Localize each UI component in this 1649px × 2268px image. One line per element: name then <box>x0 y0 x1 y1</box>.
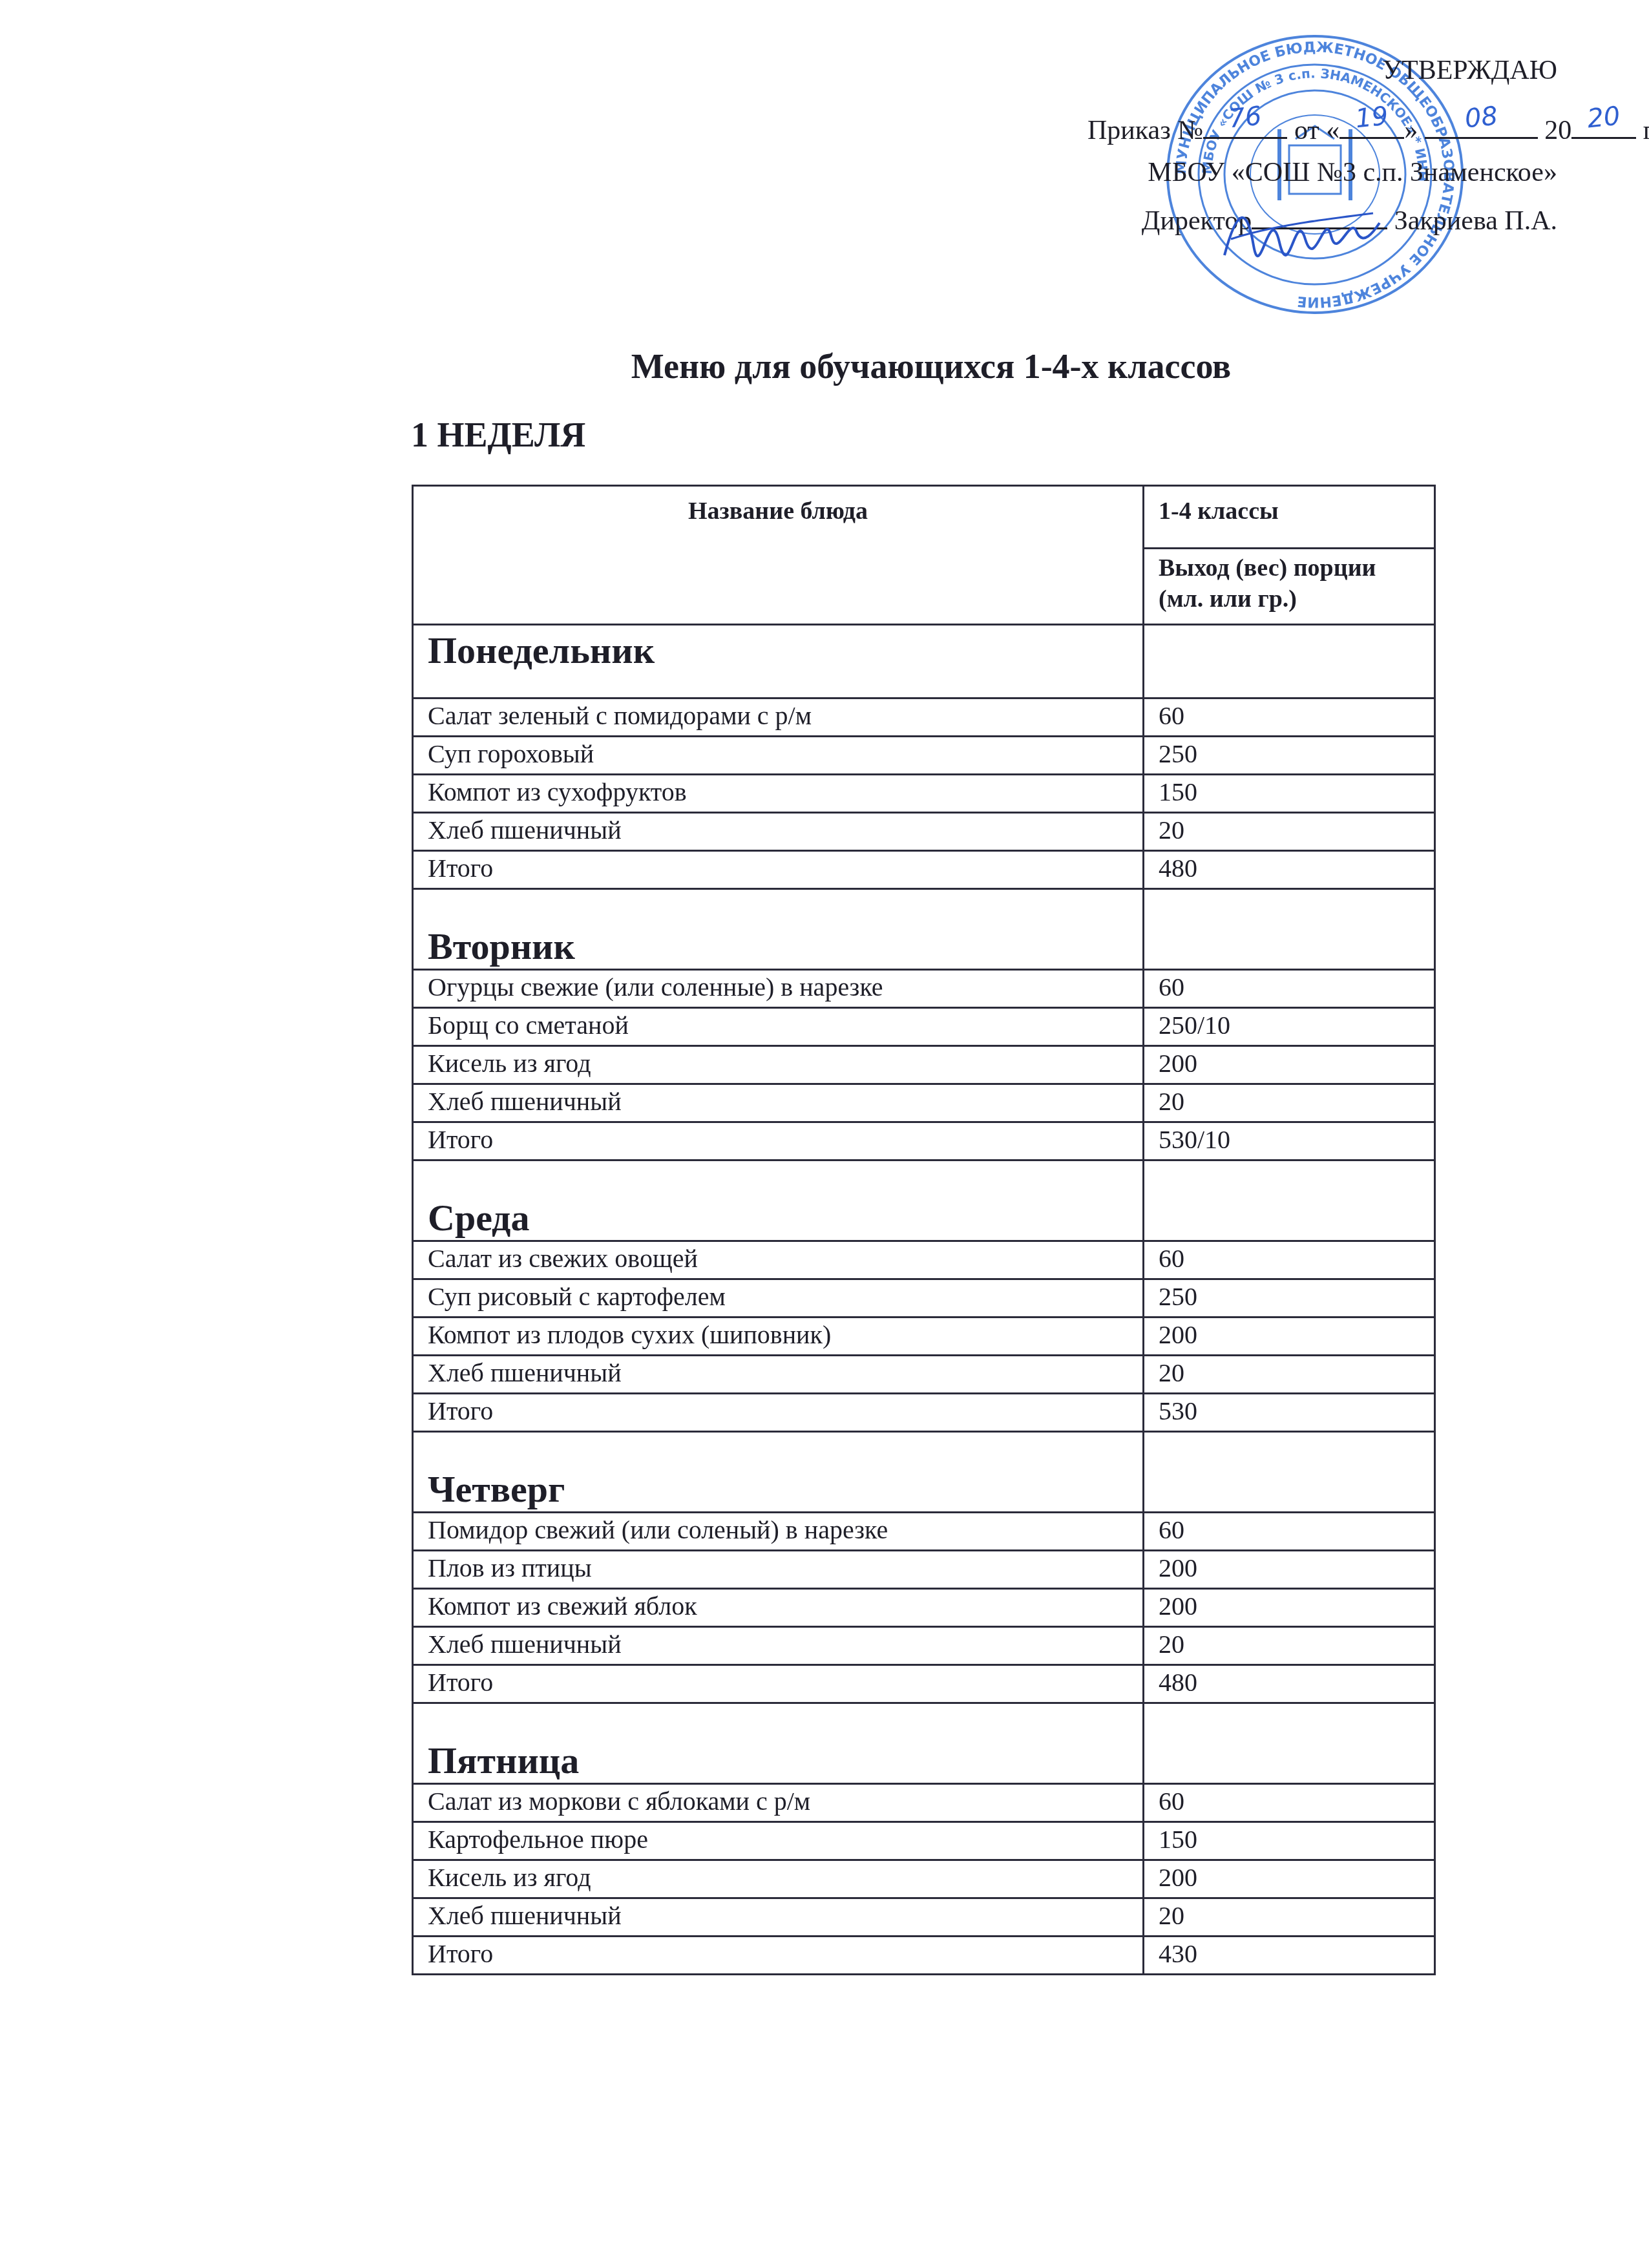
day-portion-empty <box>1144 889 1435 970</box>
header-grade: 1-4 классы <box>1144 486 1435 549</box>
dish-name: Хлеб пшеничный <box>413 1084 1144 1122</box>
dish-name: Помидор свежий (или соленый) в нарезке <box>413 1513 1144 1551</box>
document-title: Меню для обучающихся 1-4-х классов <box>0 349 1649 384</box>
day-name: Пятница <box>413 1703 1144 1784</box>
portion-value: 250 <box>1144 1279 1435 1318</box>
dish-name: Компот из свежий яблок <box>413 1589 1144 1627</box>
table-row: Хлеб пшеничный20 <box>413 1356 1435 1394</box>
header-dish-name: Название блюда <box>413 486 1144 625</box>
portion-value: 530/10 <box>1144 1122 1435 1160</box>
day-header-row: Вторник <box>413 889 1435 970</box>
table-row: Кисель из ягод200 <box>413 1860 1435 1898</box>
dish-name: Хлеб пшеничный <box>413 1627 1144 1665</box>
dish-name: Хлеб пшеничный <box>413 1898 1144 1937</box>
day-header-row: Четверг <box>413 1432 1435 1513</box>
dish-name: Итого <box>413 1937 1144 1975</box>
table-row: Итого480 <box>413 851 1435 889</box>
menu-table: Название блюда 1-4 классы Выход (вес) по… <box>412 485 1436 1975</box>
portion-value: 480 <box>1144 851 1435 889</box>
director-line: Директор Закриева П.А. <box>1142 205 1557 235</box>
table-row: Салат из моркови с яблоками с р/м60 <box>413 1784 1435 1822</box>
dish-name: Суп гороховый <box>413 737 1144 775</box>
portion-value: 20 <box>1144 813 1435 851</box>
table-row: Хлеб пшеничный20 <box>413 1084 1435 1122</box>
dish-name: Итого <box>413 1122 1144 1160</box>
table-row: Хлеб пшеничный20 <box>413 1898 1435 1937</box>
portion-value: 20 <box>1144 1356 1435 1394</box>
year-prefix: 20 <box>1544 116 1571 145</box>
portion-value: 60 <box>1144 698 1435 737</box>
day-header-row: Среда <box>413 1160 1435 1241</box>
table-row: Компот из сухофруктов150 <box>413 775 1435 813</box>
portion-value: 60 <box>1144 1784 1435 1822</box>
dish-name: Суп рисовый с картофелем <box>413 1279 1144 1318</box>
day-name: Четверг <box>413 1432 1144 1513</box>
portion-value: 200 <box>1144 1589 1435 1627</box>
portion-value: 60 <box>1144 1241 1435 1279</box>
table-row: Салат из свежих овощей60 <box>413 1241 1435 1279</box>
table-row: Хлеб пшеничный20 <box>413 813 1435 851</box>
table-row: Суп гороховый250 <box>413 737 1435 775</box>
portion-value: 430 <box>1144 1937 1435 1975</box>
table-row: Помидор свежий (или соленый) в нарезке60 <box>413 1513 1435 1551</box>
portion-value: 60 <box>1144 970 1435 1008</box>
portion-value: 20 <box>1144 1627 1435 1665</box>
table-row: Итого480 <box>413 1665 1435 1703</box>
dish-name: Картофельное пюре <box>413 1822 1144 1860</box>
dish-name: Компот из плодов сухих (шиповник) <box>413 1318 1144 1356</box>
portion-value: 250/10 <box>1144 1008 1435 1046</box>
day-name: Понедельник <box>413 625 1144 698</box>
table-row: Салат зеленый с помидорами с р/м60 <box>413 698 1435 737</box>
date-day-field: 19 <box>1339 115 1404 139</box>
portion-value: 480 <box>1144 1665 1435 1703</box>
dish-name: Итого <box>413 851 1144 889</box>
dish-name: Хлеб пшеничный <box>413 1356 1144 1394</box>
dish-name: Компот из сухофруктов <box>413 775 1144 813</box>
date-close-quote: » <box>1404 116 1418 145</box>
day-name: Вторник <box>413 889 1144 970</box>
portion-value: 150 <box>1144 1822 1435 1860</box>
day-portion-empty <box>1144 1703 1435 1784</box>
dish-name: Борщ со сметаной <box>413 1008 1144 1046</box>
table-row: Плов из птицы200 <box>413 1551 1435 1589</box>
dish-name: Итого <box>413 1665 1144 1703</box>
table-row: Итого530/10 <box>413 1122 1435 1160</box>
order-prefix: Приказ № <box>1087 116 1203 145</box>
date-from-label: от « <box>1294 116 1339 145</box>
table-row: Компот из плодов сухих (шиповник)200 <box>413 1318 1435 1356</box>
day-header-row: Пятница <box>413 1703 1435 1784</box>
portion-value: 200 <box>1144 1860 1435 1898</box>
dish-name: Хлеб пшеничный <box>413 813 1144 851</box>
table-row: Суп рисовый с картофелем250 <box>413 1279 1435 1318</box>
approval-title: УТВЕРЖДАЮ <box>1382 57 1557 84</box>
dish-name: Кисель из ягод <box>413 1860 1144 1898</box>
table-row: Итого430 <box>413 1937 1435 1975</box>
dish-name: Кисель из ягод <box>413 1046 1144 1084</box>
day-name: Среда <box>413 1160 1144 1241</box>
year-suffix-handwritten: 20 <box>1570 101 1637 134</box>
portion-value: 20 <box>1144 1084 1435 1122</box>
dish-name: Огурцы свежие (или соленные) в нарезке <box>413 970 1144 1008</box>
table-row: Компот из свежий яблок200 <box>413 1589 1435 1627</box>
dish-name: Салат зеленый с помидорами с р/м <box>413 698 1144 737</box>
portion-value: 20 <box>1144 1898 1435 1937</box>
day-portion-empty <box>1144 625 1435 698</box>
day-header-row: Понедельник <box>413 625 1435 698</box>
table-row: Кисель из ягод200 <box>413 1046 1435 1084</box>
portion-value: 530 <box>1144 1394 1435 1432</box>
day-portion-empty <box>1144 1160 1435 1241</box>
order-number-handwritten: 76 <box>1203 100 1288 134</box>
portion-value: 150 <box>1144 775 1435 813</box>
year-end: г. <box>1643 116 1649 145</box>
dish-name: Салат из моркови с яблоками с р/м <box>413 1784 1144 1822</box>
director-signature-field <box>1252 205 1387 229</box>
director-name: Закриева П.А. <box>1394 206 1557 236</box>
portion-value: 250 <box>1144 737 1435 775</box>
date-month-handwritten: 08 <box>1423 99 1539 136</box>
dish-name: Итого <box>413 1394 1144 1432</box>
week-label: 1 НЕДЕЛЯ <box>411 417 585 452</box>
table-header-row: Название блюда 1-4 классы <box>413 486 1435 549</box>
director-label: Директор <box>1142 206 1252 236</box>
school-name: МБОУ «СОШ №3 с.п. Знаменское» <box>1148 159 1557 186</box>
header-yield: Выход (вес) порции (мл. или гр.) <box>1144 549 1435 625</box>
portion-value: 200 <box>1144 1046 1435 1084</box>
table-row: Хлеб пшеничный20 <box>413 1627 1435 1665</box>
table-row: Картофельное пюре150 <box>413 1822 1435 1860</box>
order-number-field: 76 <box>1203 115 1287 139</box>
year-suffix-field: 20 <box>1571 115 1636 139</box>
portion-value: 200 <box>1144 1551 1435 1589</box>
table-row: Огурцы свежие (или соленные) в нарезке60 <box>413 970 1435 1008</box>
table-row: Борщ со сметаной250/10 <box>413 1008 1435 1046</box>
table-row: Итого530 <box>413 1394 1435 1432</box>
dish-name: Плов из птицы <box>413 1551 1144 1589</box>
date-month-field: 08 <box>1425 115 1538 139</box>
portion-value: 60 <box>1144 1513 1435 1551</box>
dish-name: Салат из свежих овощей <box>413 1241 1144 1279</box>
date-day-handwritten: 19 <box>1338 101 1405 134</box>
portion-value: 200 <box>1144 1318 1435 1356</box>
day-portion-empty <box>1144 1432 1435 1513</box>
order-line: Приказ №76 от «19» 08 2020 г. <box>1087 115 1649 144</box>
